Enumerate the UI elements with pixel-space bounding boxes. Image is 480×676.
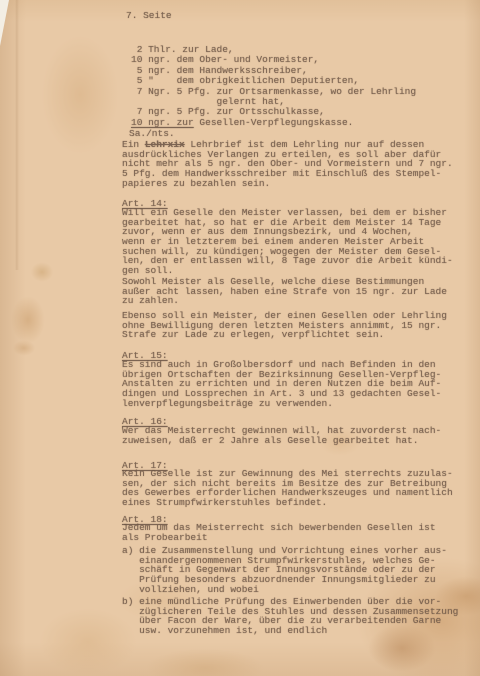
list-item-b: b) eine mündliche Prüfung des Einwerbend… bbox=[122, 597, 458, 636]
article-14-paragraph: Will ein Geselle den Meister verlassen, … bbox=[122, 208, 453, 275]
list-item-a: a) die Zusammenstellung und Vorrichtung … bbox=[122, 546, 447, 594]
article-17-paragraph: Kein Geselle ist zur Gewinnung des Mei s… bbox=[122, 469, 453, 508]
article-14-paragraph-2: Sowohl Meister als Geselle, welche diese… bbox=[122, 277, 447, 306]
sum-abbreviation: Sa./nts. bbox=[129, 128, 175, 139]
scanned-document-page: 7. Seite 2 Thlr. zur Lade,10 ngr. dem Ob… bbox=[0, 0, 480, 676]
article-18-paragraph: Jedem um das Meisterrecht sich bewerbend… bbox=[122, 523, 436, 542]
article-15-paragraph: Es sind auch in Großolbersdorf und nach … bbox=[122, 360, 441, 408]
article-16-paragraph: Wer das Meisterrecht gewinnen will, hat … bbox=[122, 426, 441, 445]
page-number-header: 7. Seite bbox=[126, 10, 172, 21]
paragraph-lehrbrief: Ein Lehrxix Lehrbrief ist dem Lehrling n… bbox=[122, 140, 453, 188]
page-edge-corner bbox=[0, 0, 9, 46]
fee-list: 2 Thlr. zur Lade,10 ngr. dem Ober- und V… bbox=[131, 45, 416, 128]
article-14-paragraph-3: Ebenso soll ein Meister, der einen Gesel… bbox=[122, 311, 447, 340]
